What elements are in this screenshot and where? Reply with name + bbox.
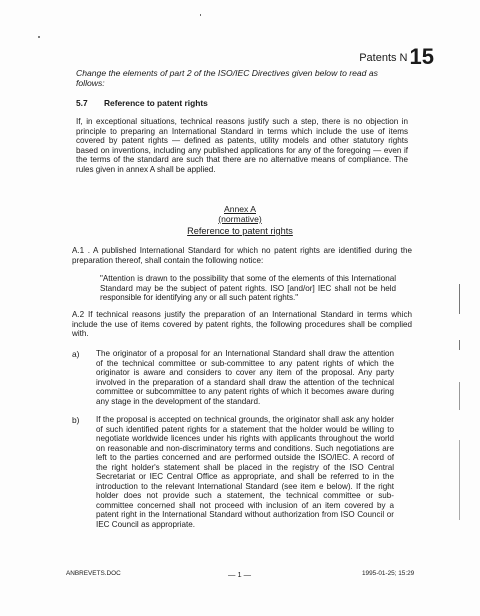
footer-page-number: — 1 — — [228, 570, 251, 579]
document-page: Patents N15 Change the elements of part … — [0, 0, 480, 616]
item-b-text: If the proposal is accepted on technical… — [96, 415, 394, 529]
scan-speck — [38, 36, 40, 38]
margin-change-bar — [459, 382, 460, 410]
clause-a1: A.1 . A published International Standard… — [72, 246, 412, 265]
section-heading: 5.7Reference to patent rights — [76, 98, 208, 108]
annex-type: (normative) — [0, 214, 480, 224]
section-number: 5.7 — [76, 98, 104, 108]
section-body: If, in exceptional situations, technical… — [76, 117, 408, 174]
item-a-label: a) — [72, 349, 79, 359]
footer-filename: ANBREVETS.DOC — [66, 570, 121, 577]
clause-a2: A.2 If technical reasons justify the pre… — [72, 310, 412, 339]
document-number-value: 15 — [410, 44, 434, 69]
item-a-text: The originator of a proposal for an Inte… — [96, 349, 394, 406]
annex-heading: Annex A — [0, 204, 480, 214]
section-title: Reference to patent rights — [104, 98, 208, 108]
document-number: Patents N15 — [359, 44, 434, 70]
annex-title: Reference to patent rights — [0, 226, 480, 236]
intro-instruction: Change the elements of part 2 of the ISO… — [76, 69, 406, 88]
scan-speck — [200, 14, 201, 16]
margin-change-bar — [459, 340, 460, 350]
item-b-label: b) — [72, 415, 79, 425]
patent-notice-quote: "Attention is drawn to the possibility t… — [100, 274, 396, 303]
document-number-label: Patents N — [359, 52, 407, 64]
margin-change-bar — [459, 284, 460, 314]
margin-change-bar — [459, 440, 460, 520]
footer-timestamp: 1995-01-25; 15:29 — [362, 570, 414, 577]
